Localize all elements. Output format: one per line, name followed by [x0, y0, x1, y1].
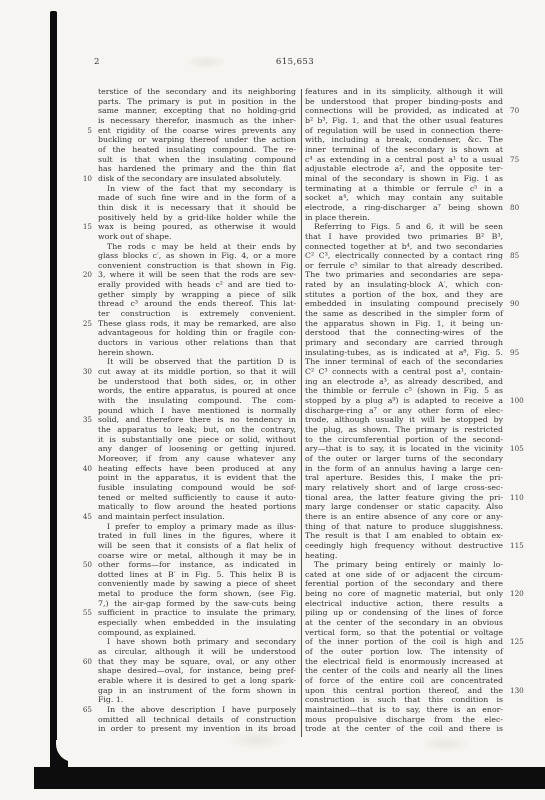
text-line: will be seen that it consists of a flat …	[78, 541, 296, 551]
text-line: 70connections will be provided, as indic…	[305, 106, 525, 116]
text-line: pound which I have mentioned is normally	[78, 406, 296, 416]
line-text: ing an electrode a³, as already describe…	[305, 377, 503, 387]
text-line: stitutes a portion of the box, and they …	[305, 290, 525, 300]
line-text: terstice of the secondary and its neighb…	[98, 87, 296, 97]
line-number: 85	[503, 251, 525, 261]
line-text: of the outer or larger turns of the seco…	[305, 454, 503, 464]
text-line: at the center of the secondary in an obv…	[305, 618, 525, 628]
line-text: maintained—that is to say, there is an e…	[305, 705, 503, 715]
line-text: herein shown.	[98, 348, 296, 358]
line-text: primary and secondary are carried throug…	[305, 338, 503, 348]
text-line: coarse wire or metal, although it may be…	[78, 551, 296, 561]
line-text: Moreover, if from any cause whatever any	[98, 454, 296, 464]
line-text: disk of the secondary are insulated abso…	[98, 174, 296, 184]
text-line: 80electrode, a ring-discharger a⁷ being …	[305, 203, 525, 213]
line-text: matically to flow around the heated port…	[98, 502, 296, 512]
line-number: 30	[78, 367, 98, 377]
line-text: of the outer portion low. The intensity …	[305, 647, 503, 657]
line-text: C² C³ connects with a central post a¹, c…	[305, 367, 503, 377]
text-line: 50other forms—for instance, as indicated…	[78, 560, 296, 570]
line-text: in the form of an annulus having a large…	[305, 464, 503, 474]
text-line: the electrical field is enormously incre…	[305, 657, 525, 667]
line-text: I prefer to employ a primary made as ill…	[98, 522, 296, 532]
line-number: 105	[503, 444, 525, 454]
text-line: 65In the above description I have purpos…	[78, 705, 296, 715]
line-text: tened or melted sufficiently to cause it…	[98, 493, 296, 503]
text-line: work out of shape.	[78, 232, 296, 242]
line-text: point in the apparatus, it is evident th…	[98, 473, 296, 483]
text-line: ferential portion of the secondary and t…	[305, 579, 525, 589]
text-line: to the circumferential portion of the se…	[305, 435, 525, 445]
text-line: convenient construction is that shown in…	[78, 261, 296, 271]
line-number: 5	[78, 126, 98, 136]
text-line: sult is that when the insulating compoun…	[78, 155, 296, 165]
text-line: the plug, as shown. The primary is restr…	[305, 425, 525, 435]
line-text: the thimble or ferrule c⁵ (shown in Fig.…	[305, 386, 503, 396]
line-text: I have shown both primary and secondary	[98, 637, 296, 647]
line-number: 55	[78, 608, 98, 618]
line-number: 115	[503, 541, 525, 551]
text-line: in the form of an annulus having a large…	[305, 464, 525, 474]
line-text: especially when embedded in the insulati…	[98, 618, 296, 628]
line-text: trated in full lines in the figures, whe…	[98, 531, 296, 541]
line-text: sult is that when the insulating compoun…	[98, 155, 296, 165]
line-text: has hardened the primary and the thin fl…	[98, 164, 296, 174]
text-line: terstice of the secondary and its neighb…	[78, 87, 296, 97]
line-text: The two primaries and secondaries are se…	[305, 270, 503, 280]
line-text: solid, and therefore there is no tendenc…	[98, 415, 296, 425]
text-line: construction is such that this condition…	[305, 695, 525, 705]
scan-edge-left-bar	[50, 11, 57, 768]
line-text: mary relatively short and of large cross…	[305, 483, 503, 493]
text-line: 130upon this central portion thereof, an…	[305, 686, 525, 696]
text-line: primary and secondary are carried throug…	[305, 338, 525, 348]
text-line: electrical inductive action, there resul…	[305, 599, 525, 609]
line-text: buckling or warping thereof under the ac…	[98, 135, 296, 145]
text-line: or ferrule c⁵ similar to that already de…	[305, 261, 525, 271]
text-line: cated at one side of or adjacent the cir…	[305, 570, 525, 580]
line-text: is necessary therefor, inasmuch as the i…	[98, 116, 296, 126]
line-text: inner terminal of the secondary is shown…	[305, 145, 503, 155]
line-text: ferential portion of the secondary and t…	[305, 579, 503, 589]
text-line: 95insulating-tubes, as is indicated at a…	[305, 348, 525, 358]
line-text: electrode, a ring-discharger a⁷ being sh…	[305, 203, 503, 213]
line-text: to the circumferential portion of the se…	[305, 435, 503, 445]
line-text: it is substantially one piece or solid, …	[98, 435, 296, 445]
text-line: there is an entire absence of any core o…	[305, 512, 525, 522]
line-number: 40	[78, 464, 98, 474]
text-line: tened or melted sufficiently to cause it…	[78, 493, 296, 503]
line-text: C² C³, electrically connected by a conta…	[305, 251, 503, 261]
text-line: 110tional area, the latter feature givin…	[305, 493, 525, 503]
line-text: heating effects have been produced at an…	[98, 464, 296, 474]
text-line: Moreover, if from any cause whatever any	[78, 454, 296, 464]
line-text: with the insulating compound. The com-	[98, 396, 296, 406]
text-line: Fig. 1.	[78, 695, 296, 705]
text-line: is necessary therefor, inasmuch as the i…	[78, 116, 296, 126]
text-line: erable where it is desired to get a long…	[78, 676, 296, 686]
text-line: adjustable electrode a², and the opposit…	[305, 164, 525, 174]
line-number: 15	[78, 222, 98, 232]
line-text: any danger of loosening or getting injur…	[98, 444, 296, 454]
text-line: 105ary—that is to say, it is located in …	[305, 444, 525, 454]
line-text: trode at the center of the coil and ther…	[305, 724, 503, 734]
line-text: that they may be square, oval, or any ot…	[98, 657, 296, 667]
text-line: compound, as explained.	[78, 628, 296, 638]
line-text: It will be observed that the partition D…	[98, 357, 296, 367]
text-line: any danger of loosening or getting injur…	[78, 444, 296, 454]
text-line: The primary being entirely or mainly lo-	[305, 560, 525, 570]
text-line: shape desired—oval, for instance, being …	[78, 666, 296, 676]
line-text: thread c³ around the ends thereof. This …	[98, 299, 296, 309]
line-text: other forms—for instance, as indicated i…	[98, 560, 296, 570]
line-text: 3, where it will be seen that the rods a…	[98, 270, 296, 280]
line-text: work out of shape.	[98, 232, 296, 242]
line-number: 125	[503, 637, 525, 647]
line-text: that I have provided two primaries B² B³…	[305, 232, 503, 242]
text-line: inner terminal of the secondary is shown…	[305, 145, 525, 155]
line-text: made of such fine wire and in the form o…	[98, 193, 296, 203]
line-number: 20	[78, 270, 98, 280]
text-line: same manner, excepting that no holding-g…	[78, 106, 296, 116]
text-line: of the heated insulating compound. The r…	[78, 145, 296, 155]
line-text: the apparatus shown in Fig. 1, it being …	[305, 319, 503, 329]
line-text: mary large condenser or static capacity.…	[305, 502, 503, 512]
text-line: The inner terminal of each of the second…	[305, 357, 525, 367]
line-number: 80	[503, 203, 525, 213]
line-text: words, the entire apparatus, is poured a…	[98, 386, 296, 396]
text-line: features and in its simplicity, although…	[305, 87, 525, 97]
text-line: 55sufficient in practice to insulate the…	[78, 608, 296, 618]
text-line: fusible insulating compound would be sof…	[78, 483, 296, 493]
line-text: connections will be provided, as indicat…	[305, 106, 503, 116]
text-line: It will be observed that the partition D…	[78, 357, 296, 367]
text-line: 60that they may be square, oval, or any …	[78, 657, 296, 667]
line-text: of regulation will be used in connection…	[305, 126, 503, 136]
text-line: 120being no core of magnetic material, b…	[305, 589, 525, 599]
line-text: the apparatus to leak; but, on the contr…	[98, 425, 296, 435]
text-line: in place therein.	[305, 213, 525, 223]
text-line: ter construction is extremely convenient…	[78, 309, 296, 319]
text-line: vertical form, so that the potential or …	[305, 628, 525, 638]
line-text: tral aperture. Besides this, I make the …	[305, 473, 503, 483]
line-text: ceedingly high frequency without destruc…	[305, 541, 503, 551]
line-text: conveniently made by sawing a piece of s…	[98, 579, 296, 589]
text-line: as circular, although it will be underst…	[78, 647, 296, 657]
text-line: be understood that proper binding-posts …	[305, 97, 525, 107]
line-text: connected together at b⁴, and two second…	[305, 242, 503, 252]
text-line: made of such fine wire and in the form o…	[78, 193, 296, 203]
line-number: 110	[503, 493, 525, 503]
line-text: sufficient in practice to insulate the p…	[98, 608, 296, 618]
line-text: shape desired—oval, for instance, being …	[98, 666, 296, 676]
text-line: 30cut away at its middle portion, so tha…	[78, 367, 296, 377]
text-line: 90embedded in insulating compound precis…	[305, 299, 525, 309]
line-text: as circular, although it will be underst…	[98, 647, 296, 657]
line-text: rated by an insulating-block A′, which c…	[305, 280, 503, 290]
line-number: 75	[503, 155, 525, 165]
text-line: 7,) the air-gap formed by the saw-cuts b…	[78, 599, 296, 609]
text-line: discharge-ring a⁷ or any other form of e…	[305, 406, 525, 416]
line-text: parts. The primary is put in position in…	[98, 97, 296, 107]
text-line: 203, where it will be seen that the rods…	[78, 270, 296, 280]
text-line: trated in full lines in the figures, whe…	[78, 531, 296, 541]
line-text: The result is that I am enabled to obtai…	[305, 531, 503, 541]
patent-number: 615,653	[240, 57, 350, 67]
line-text: same manner, excepting that no holding-g…	[98, 106, 296, 116]
line-text: upon this central portion thereof, and t…	[305, 686, 503, 696]
line-text: ary—that is to say, it is located in the…	[305, 444, 503, 454]
paper-smudge	[420, 736, 470, 752]
text-line: rated by an insulating-block A′, which c…	[305, 280, 525, 290]
text-line: parts. The primary is put in position in…	[78, 97, 296, 107]
line-text: The rods c may be held at their ends by	[98, 242, 296, 252]
text-line: derstood that the connecting-wires of th…	[305, 328, 525, 338]
text-line: glass blocks c′, as shown in Fig. 4, or …	[78, 251, 296, 261]
text-line: with the insulating compound. The com-	[78, 396, 296, 406]
text-line: socket a⁴, which may contain any suitabl…	[305, 193, 525, 203]
text-line: connected together at b⁴, and two second…	[305, 242, 525, 252]
text-line: dotted lines at B′ in Fig. 5. This helix…	[78, 570, 296, 580]
text-line: mous propulsive discharge from the elec-	[305, 715, 525, 725]
line-text: derstood that the connecting-wires of th…	[305, 328, 503, 338]
line-text: stopped by a plug a⁹) is adapted to rece…	[305, 396, 503, 406]
text-line: of the outer or larger turns of the seco…	[305, 454, 525, 464]
text-line: omitted all technical details of constru…	[78, 715, 296, 725]
text-line: 15wax is being poured, as otherwise it w…	[78, 222, 296, 232]
text-line: I have shown both primary and secondary	[78, 637, 296, 647]
line-text: c⁴ as extending in a central post a¹ to …	[305, 155, 503, 165]
text-line: has hardened the primary and the thin fl…	[78, 164, 296, 174]
text-line: 35solid, and therefore there is no tende…	[78, 415, 296, 425]
line-text: heating.	[305, 551, 503, 561]
text-line: C² C³ connects with a central post a¹, c…	[305, 367, 525, 377]
line-text: cated at one side of or adjacent the cir…	[305, 570, 503, 580]
text-line: mary relatively short and of large cross…	[305, 483, 525, 493]
text-line: positively held by a grid-like holder wh…	[78, 213, 296, 223]
text-line: 75c⁴ as extending in a central post a¹ t…	[305, 155, 525, 165]
text-line: metal to produce the form shown, (see Fi…	[78, 589, 296, 599]
line-text: the same as described in the simpler for…	[305, 309, 503, 319]
line-text: gap in an instrument of the form shown i…	[98, 686, 296, 696]
text-line: especially when embedded in the insulati…	[78, 618, 296, 628]
text-line: I prefer to employ a primary made as ill…	[78, 522, 296, 532]
line-number: 50	[78, 560, 98, 570]
scan-edge-bottom-bar	[34, 767, 545, 789]
line-text: be understood that proper binding-posts …	[305, 97, 503, 107]
text-line: The result is that I am enabled to obtai…	[305, 531, 525, 541]
text-line: 125of the inner portion of the coil is h…	[305, 637, 525, 647]
line-number: 100	[503, 396, 525, 406]
line-text: wax is being poured, as otherwise it wou…	[98, 222, 296, 232]
line-text: with, including a break, condenser, &c. …	[305, 135, 503, 145]
line-number: 45	[78, 512, 98, 522]
line-text: convenient construction is that shown in…	[98, 261, 296, 271]
text-line: with, including a break, condenser, &c. …	[305, 135, 525, 145]
text-line: 85C² C³, electrically connected by a con…	[305, 251, 525, 261]
line-text: advantageous for holding thin or fragile…	[98, 328, 296, 338]
text-line: trode, although usually it will be stopp…	[305, 415, 525, 425]
text-line: 45and maintain perfect insulation.	[78, 512, 296, 522]
text-line: heating.	[305, 551, 525, 561]
line-text: Referring to Figs. 5 and 6, it will be s…	[305, 222, 503, 232]
text-line: 25These glass rods, it may be remarked, …	[78, 319, 296, 329]
line-number: 130	[503, 686, 525, 696]
line-text: being no core of magnetic material, but …	[305, 589, 503, 599]
text-line: conveniently made by sawing a piece of s…	[78, 579, 296, 589]
line-text: the plug, as shown. The primary is restr…	[305, 425, 503, 435]
line-text: pound which I have mentioned is normally	[98, 406, 296, 416]
line-text: features and in its simplicity, although…	[305, 87, 503, 97]
text-line: be understood that both sides, or, in ot…	[78, 377, 296, 387]
line-text: mous propulsive discharge from the elec-	[305, 715, 503, 725]
line-text: tional area, the latter feature giving t…	[305, 493, 503, 503]
text-line: words, the entire apparatus, is poured a…	[78, 386, 296, 396]
text-line: thing of that nature to produce sluggish…	[305, 522, 525, 532]
line-text: thing of that nature to produce sluggish…	[305, 522, 503, 532]
line-text: dotted lines at B′ in Fig. 5. This helix…	[98, 570, 296, 580]
line-text: b² b³, Fig. 1, and that the other usual …	[305, 116, 503, 126]
line-text: minal of the secondary is shown in Fig. …	[305, 174, 503, 184]
line-text: ter construction is extremely convenient…	[98, 309, 296, 319]
text-line: ductors in various other relations than …	[78, 338, 296, 348]
line-text: glass blocks c′, as shown in Fig. 4, or …	[98, 251, 296, 261]
line-text: metal to produce the form shown, (see Fi…	[98, 589, 296, 599]
text-line: the apparatus shown in Fig. 1, it being …	[305, 319, 525, 329]
text-line: The two primaries and secondaries are se…	[305, 270, 525, 280]
text-line: of force of the entire coil are concentr…	[305, 676, 525, 686]
text-line: advantageous for holding thin or fragile…	[78, 328, 296, 338]
text-line: trode at the center of the coil and ther…	[305, 724, 525, 734]
line-text: The inner terminal of each of the second…	[305, 357, 503, 367]
line-text: the electrical field is enormously incre…	[305, 657, 503, 667]
line-text: gether simply by wrapping a piece of sil…	[98, 290, 296, 300]
line-text: construction is such that this condition…	[305, 695, 503, 705]
line-text: stitutes a portion of the box, and they …	[305, 290, 503, 300]
line-text: terminating at a thimble or ferrule c⁵ i…	[305, 184, 503, 194]
line-text: erally provided with heads c² and are ti…	[98, 280, 296, 290]
text-line: The rods c may be held at their ends by	[78, 242, 296, 252]
text-line: the same as described in the simpler for…	[305, 309, 525, 319]
text-line: herein shown.	[78, 348, 296, 358]
line-text: the center of the coils and nearly all t…	[305, 666, 503, 676]
text-line: point in the apparatus, it is evident th…	[78, 473, 296, 483]
line-number: 65	[78, 705, 98, 715]
text-line: erally provided with heads c² and are ti…	[78, 280, 296, 290]
text-line: buckling or warping thereof under the ac…	[78, 135, 296, 145]
text-line: maintained—that is to say, there is an e…	[305, 705, 525, 715]
column-divider-rule	[301, 89, 302, 737]
text-line: matically to flow around the heated port…	[78, 502, 296, 512]
line-number: 35	[78, 415, 98, 425]
line-text: coarse wire or metal, although it may be…	[98, 551, 296, 561]
text-line: 40heating effects have been produced at …	[78, 464, 296, 474]
line-text: of the heated insulating compound. The r…	[98, 145, 296, 155]
line-text: thin disk it is necessary that it should…	[98, 203, 296, 213]
text-line: in order to present my invention in its …	[78, 724, 296, 734]
line-text: discharge-ring a⁷ or any other form of e…	[305, 406, 503, 416]
patent-page-scan: 2 615,653 terstice of the secondary and …	[0, 0, 545, 800]
line-text: trode, although usually it will be stopp…	[305, 415, 503, 425]
text-line: In view of the fact that my secondary is	[78, 184, 296, 194]
line-number: 90	[503, 299, 525, 309]
line-text: ductors in various other relations than …	[98, 338, 296, 348]
line-text: erable where it is desired to get a long…	[98, 676, 296, 686]
right-text-column: features and in its simplicity, although…	[305, 87, 525, 734]
line-text: in place therein.	[305, 213, 503, 223]
line-text: or ferrule c⁵ similar to that already de…	[305, 261, 503, 271]
text-line: 10disk of the secondary are insulated ab…	[78, 174, 296, 184]
line-number: 10	[78, 174, 98, 184]
line-text: The primary being entirely or mainly lo-	[305, 560, 503, 570]
text-line: gether simply by wrapping a piece of sil…	[78, 290, 296, 300]
text-line: ing an electrode a³, as already describe…	[305, 377, 525, 387]
line-text: insulating-tubes, as is indicated at a⁸,…	[305, 348, 503, 358]
text-line: that I have provided two primaries B² B³…	[305, 232, 525, 242]
text-line: the thimble or ferrule c⁵ (shown in Fig.…	[305, 386, 525, 396]
page-number: 2	[94, 57, 99, 67]
line-text: piling up or condensing of the lines of …	[305, 608, 503, 618]
text-line: it is substantially one piece or solid, …	[78, 435, 296, 445]
line-text: of the inner portion of the coil is high…	[305, 637, 503, 647]
line-number: 95	[503, 348, 525, 358]
line-text: adjustable electrode a², and the opposit…	[305, 164, 503, 174]
text-line: minal of the secondary is shown in Fig. …	[305, 174, 525, 184]
text-line: b² b³, Fig. 1, and that the other usual …	[305, 116, 525, 126]
text-line: gap in an instrument of the form shown i…	[78, 686, 296, 696]
line-text: In view of the fact that my secondary is	[98, 184, 296, 194]
line-text: cut away at its middle portion, so that …	[98, 367, 296, 377]
left-text-column: terstice of the secondary and its neighb…	[78, 87, 296, 734]
line-text: These glass rods, it may be remarked, ar…	[98, 319, 296, 329]
text-line: the center of the coils and nearly all t…	[305, 666, 525, 676]
text-line: the apparatus to leak; but, on the contr…	[78, 425, 296, 435]
line-text: and maintain perfect insulation.	[98, 512, 296, 522]
line-text: will be seen that it consists of a flat …	[98, 541, 296, 551]
text-line: terminating at a thimble or ferrule c⁵ i…	[305, 184, 525, 194]
line-text: there is an entire absence of any core o…	[305, 512, 503, 522]
line-number: 25	[78, 319, 98, 329]
line-text: in order to present my invention in its …	[98, 724, 296, 734]
text-line: thread c³ around the ends thereof. This …	[78, 299, 296, 309]
text-line: of the outer portion low. The intensity …	[305, 647, 525, 657]
text-line: tral aperture. Besides this, I make the …	[305, 473, 525, 483]
text-line: 115ceedingly high frequency without dest…	[305, 541, 525, 551]
line-text: Fig. 1.	[98, 695, 296, 705]
line-text: ent rigidity of the coarse wires prevent…	[98, 126, 296, 136]
line-number: 120	[503, 589, 525, 599]
line-text: at the center of the secondary in an obv…	[305, 618, 503, 628]
text-line: 100stopped by a plug a⁹) is adapted to r…	[305, 396, 525, 406]
line-text: 7,) the air-gap formed by the saw-cuts b…	[98, 599, 296, 609]
line-text: of force of the entire coil are concentr…	[305, 676, 503, 686]
line-text: socket a⁴, which may contain any suitabl…	[305, 193, 503, 203]
line-text: compound, as explained.	[98, 628, 296, 638]
text-line: mary large condenser or static capacity.…	[305, 502, 525, 512]
line-text: positively held by a grid-like holder wh…	[98, 213, 296, 223]
text-line: thin disk it is necessary that it should…	[78, 203, 296, 213]
line-text: In the above description I have purposel…	[98, 705, 296, 715]
line-text: embedded in insulating compound precisel…	[305, 299, 503, 309]
text-line: Referring to Figs. 5 and 6, it will be s…	[305, 222, 525, 232]
line-text: be understood that both sides, or, in ot…	[98, 377, 296, 387]
text-line: of regulation will be used in connection…	[305, 126, 525, 136]
text-line: 5ent rigidity of the coarse wires preven…	[78, 126, 296, 136]
line-number: 70	[503, 106, 525, 116]
text-line: piling up or condensing of the lines of …	[305, 608, 525, 618]
page-header: 2 615,653	[0, 57, 545, 69]
line-text: omitted all technical details of constru…	[98, 715, 296, 725]
